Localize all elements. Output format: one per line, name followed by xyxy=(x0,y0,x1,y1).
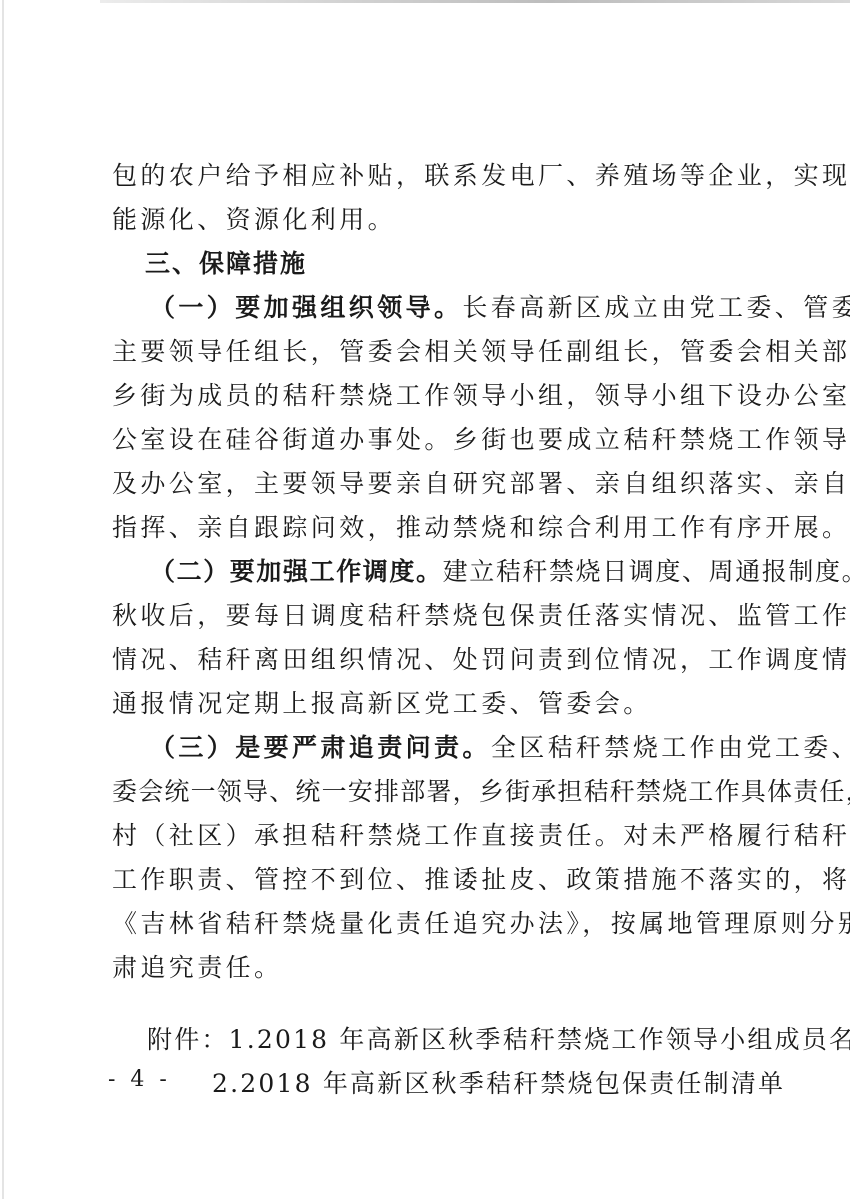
subsection-1-title: （一）要加强组织领导。 xyxy=(150,293,462,322)
paragraph-line: 及办公室，主要领导要亲自研究部署、亲自组织落实、亲自调度 xyxy=(112,468,742,500)
paragraph-text: 全区秸秆禁烧工作由党工委、管 xyxy=(491,733,850,762)
scan-edge-top xyxy=(100,0,850,3)
subsection-3-first-line: （三）是要严肃追责问责。全区秸秆禁烧工作由党工委、管 xyxy=(150,732,742,764)
paragraph-line: 包的农户给予相应补贴，联系发电厂、养殖场等企业，实现秸秆 xyxy=(112,160,742,192)
document-page: 包的农户给予相应补贴，联系发电厂、养殖场等企业，实现秸秆 能源化、资源化利用。 … xyxy=(0,0,850,1199)
attachment-item: 1.2018 年高新区秋季秸秆禁烧工作领导小组成员名单 xyxy=(229,1025,850,1054)
paragraph-line: 委会统一领导、统一安排部署，乡街承担秸秆禁烧工作具体责任， xyxy=(112,776,742,808)
paragraph-line: 村（社区）承担秸秆禁烧工作直接责任。对未严格履行秸秆禁烧 xyxy=(112,820,742,852)
attachment-line-1: 附件：1.2018 年高新区秋季秸秆禁烧工作领导小组成员名单 xyxy=(147,1024,850,1056)
paragraph-text: 长春高新区成立由党工委、管委会 xyxy=(462,293,850,322)
paragraph-line: 工作职责、管控不到位、推诿扯皮、政策措施不落实的，将依据 xyxy=(112,864,742,896)
paragraph-line: 主要领导任组长，管委会相关领导任副组长，管委会相关部门和 xyxy=(112,336,742,368)
paragraph-line: 《吉林省秸秆禁烧量化责任追究办法》，按属地管理原则分别严 xyxy=(112,908,742,940)
paragraph-line: 秋收后，要每日调度秸秆禁烧包保责任落实情况、监管工作开展 xyxy=(112,600,742,632)
subsection-2-first-line: （二）要加强工作调度。建立秸秆禁烧日调度、周通报制度。 xyxy=(150,556,742,588)
paragraph-line: 肃追究责任。 xyxy=(112,952,742,984)
page-number: - 4 - xyxy=(108,1067,171,1092)
attachment-item: 2.2018 年高新区秋季秸秆禁烧包保责任制清单 xyxy=(212,1068,785,1100)
section-heading: 三、保障措施 xyxy=(145,248,307,280)
paragraph-text: 建立秸秆禁烧日调度、周通报制度。 xyxy=(443,557,850,586)
paragraph-line: 能源化、资源化利用。 xyxy=(112,204,742,236)
paragraph-line: 公室设在硅谷街道办事处。乡街也要成立秸秆禁烧工作领导小组 xyxy=(112,424,742,456)
paragraph-line: 通报情况定期上报高新区党工委、管委会。 xyxy=(112,688,742,720)
subsection-3-title: （三）是要严肃追责问责。 xyxy=(150,733,491,762)
subsection-2-title: （二）要加强工作调度。 xyxy=(150,557,443,586)
paragraph-line: 指挥、亲自跟踪问效，推动禁烧和综合利用工作有序开展。 xyxy=(112,512,742,544)
scan-edge-left xyxy=(2,0,4,1199)
subsection-1-first-line: （一）要加强组织领导。长春高新区成立由党工委、管委会 xyxy=(150,292,742,324)
paragraph-line: 情况、秸秆离田组织情况、处罚问责到位情况，工作调度情况和 xyxy=(112,644,742,676)
attachment-label: 附件： xyxy=(147,1025,229,1054)
paragraph-line: 乡街为成员的秸秆禁烧工作领导小组，领导小组下设办公室，办 xyxy=(112,380,742,412)
